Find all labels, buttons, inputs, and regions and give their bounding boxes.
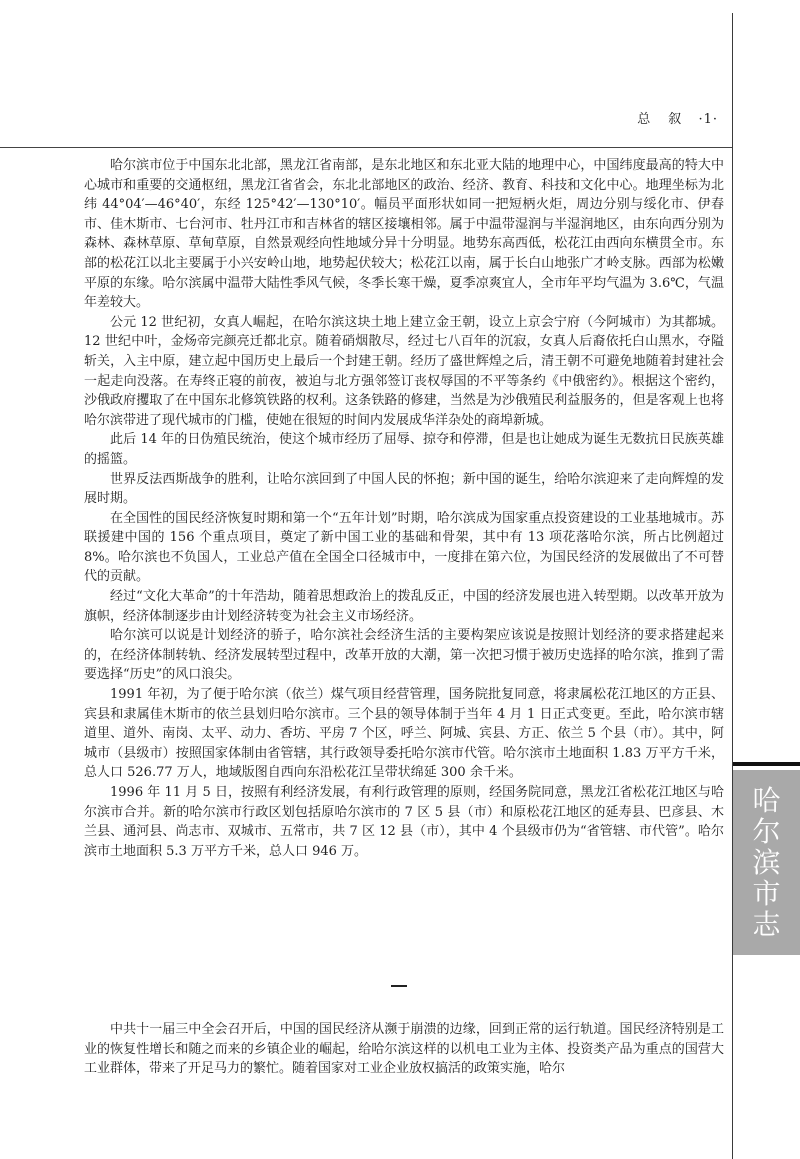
page-number: ·1· xyxy=(698,112,718,127)
thumb-tab: 哈 尔 滨 市 志 xyxy=(733,770,800,955)
thumb-tab-char: 哈 xyxy=(752,785,780,816)
paragraph: 哈尔滨市位于中国东北北部，黑龙江省南部，是东北地区和东北亚大陆的地理中心，中国纬… xyxy=(84,156,724,313)
paragraph: 公元 12 世纪初，女真人崛起，在哈尔滨这块土地上建立金王朝，设立上京会宁府（今… xyxy=(84,313,724,431)
thumb-tab-char: 市 xyxy=(752,878,780,909)
running-head-section-title: 总叙 xyxy=(637,112,699,127)
running-head: 总叙 ·1· xyxy=(637,108,718,127)
paragraph: 1991 年初，为了便于哈尔滨（依兰）煤气项目经营管理，国务院批复同意，将隶属松… xyxy=(84,685,724,783)
paragraph: 1996 年 11 月 5 日，按照有利经济发展，有利行政管理的原则，经国务院同… xyxy=(84,783,724,861)
thumb-tab-char: 尔 xyxy=(752,816,780,847)
thumb-tab-char: 志 xyxy=(752,909,780,940)
thumb-tab-char: 滨 xyxy=(752,847,780,878)
thumb-tab-bar xyxy=(733,762,800,766)
paragraph: 世界反法西斯战争的胜利，让哈尔滨回到了中国人民的怀抱；新中国的诞生，给哈尔滨迎来… xyxy=(84,470,724,509)
header-rule xyxy=(0,147,732,148)
section-heading-dash xyxy=(391,985,407,987)
paragraph: 此后 14 年的日伪殖民统治，使这个城市经历了屈辱、掠夺和停滞，但是也让她成为诞… xyxy=(84,430,724,469)
body-text-section-1: 哈尔滨市位于中国东北北部，黑龙江省南部，是东北地区和东北亚大陆的地理中心，中国纬… xyxy=(84,156,724,861)
paragraph: 在全国性的国民经济恢复时期和第一个“五年计划”时期，哈尔滨成为国家重点投资建设的… xyxy=(84,509,724,587)
section-heading: 一 xyxy=(0,975,800,994)
paragraph: 中共十一届三中全会召开后，中国的国民经济从濒于崩溃的边缘，回到正常的运行轨道。国… xyxy=(84,1020,724,1079)
paragraph: 经过“文化大革命”的十年浩劫，随着思想政治上的拨乱反正，中国的经济发展也进入转型… xyxy=(84,587,724,626)
body-text-section-2: 中共十一届三中全会召开后，中国的国民经济从濒于崩溃的边缘，回到正常的运行轨道。国… xyxy=(84,1020,724,1079)
paragraph: 哈尔滨可以说是计划经济的骄子，哈尔滨社会经济生活的主要构架应该说是按照计划经济的… xyxy=(84,626,724,685)
